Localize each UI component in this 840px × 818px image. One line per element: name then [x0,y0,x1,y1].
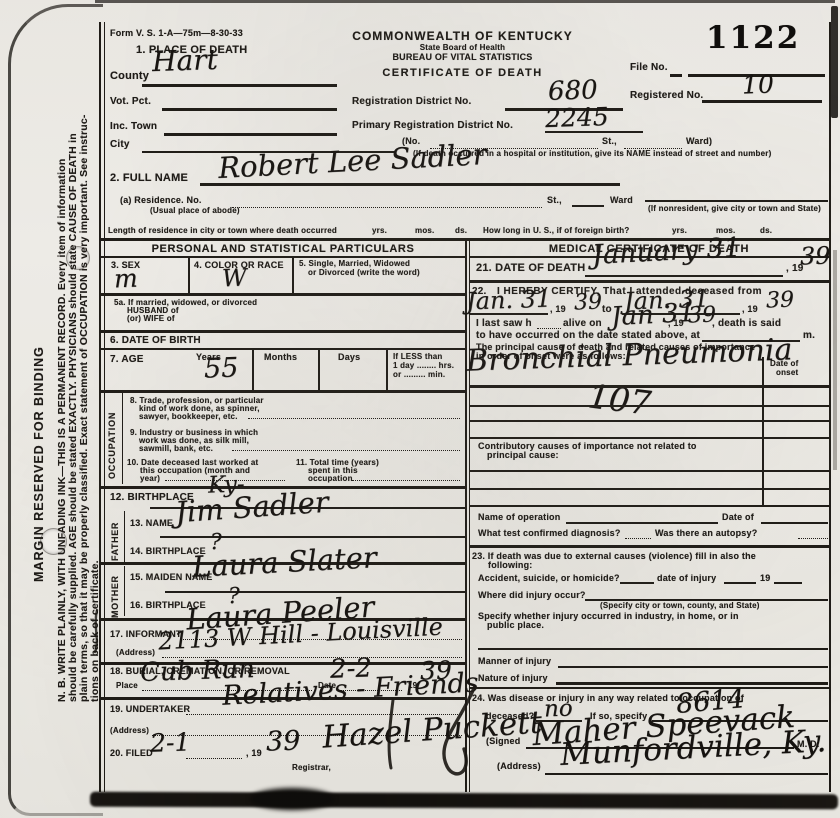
primary-district-label: Primary Registration District No. [352,120,513,131]
mother-maiden-line [165,591,465,593]
filed-date-value: 2-1 [150,727,191,757]
scan-bottom-band [90,792,838,810]
length-residence-label: Length of residence in city or town wher… [108,226,337,235]
total-time-line3: occupation [308,474,353,483]
father-name-line [160,536,465,538]
row-rule-tests [469,545,829,548]
age-border-2 [318,348,320,390]
nature-injury-label: Nature of injury [478,673,548,683]
personal-section-title: PERSONAL AND STATISTICAL PARTICULARS [101,243,465,255]
date-of-birth-label: 6. DATE OF BIRTH [110,335,201,346]
residence-leader [232,207,542,208]
primary-district-value: 2245 [545,102,610,133]
age-label: 7. AGE [110,354,144,365]
last-saw-label2: alive on [563,318,602,329]
mother-vertical-label: MOTHER [110,566,120,618]
state-board-subtitle: State Board of Health [340,43,585,52]
date-of-death-label: 21. DATE OF DEATH [476,262,585,274]
cause-rule-1 [469,385,829,388]
cause-rule-2 [469,405,829,407]
ds-label-2: ds. [760,226,772,235]
scan-edge-top [95,0,835,3]
yrs-label-2: yrs. [672,226,687,235]
city-st-label: St., [602,136,617,146]
attended-to-year: 39 [766,288,795,314]
from-line [470,313,548,315]
registered-no-value: 10 [742,69,775,99]
primary-district-line [545,131,643,133]
months-header: Months [264,352,297,362]
manner-injury-line [558,666,828,668]
file-no-dash [670,74,682,77]
full-name-label: 2. FULL NAME [110,172,188,184]
age-border-1 [252,348,254,390]
city-ward-label: Ward) [686,136,712,146]
contrib-rule-3 [469,505,829,507]
scan-mark-right-mid [833,250,837,470]
informant-address-label: (Address) [116,648,155,657]
residence-label: (a) Residence. No. [120,195,202,205]
injury-date-line [724,582,756,584]
autopsy-label: Was there an autopsy? [655,528,757,538]
days-header: Days [338,352,360,362]
row-rule-23 [469,687,829,689]
mos-label-1: mos. [415,226,434,235]
physician-address-label: (Address) [497,761,541,771]
margin-nb-note: N. B. WRITE PLAINLY, WITH UNFADING INK—T… [57,57,101,702]
signed-label: (Signed [486,736,520,746]
yrs-label-1: yrs. [372,226,387,235]
father-name-value: Jim Sadler [174,485,330,530]
to-19-label: , 19 [742,304,758,314]
father-vertical-label: FATHER [110,511,120,561]
industry-leader [232,450,460,451]
specify-city-note: (Specify city or town, county, and State… [600,601,760,610]
ds-label-1: ds. [455,226,467,235]
sex-value: m [114,264,139,294]
undertaker-label: 19. UNDERTAKER [110,704,190,714]
saw-19-label: , 19 [668,318,684,328]
form-border-left-inner [104,22,105,792]
contrib-rule-1 [469,470,829,472]
total-time-leader [352,480,460,481]
abode-note: (Usual place of abode) [150,206,240,215]
attended-from-year: 39 [574,290,603,316]
nature-injury-line [556,682,828,685]
form-border-right [829,22,831,792]
cell-border-1 [188,257,190,293]
bureau-subtitle: BUREAU OF VITAL STATISTICS [340,52,585,62]
operation-line [566,522,718,524]
row-rule-6 [101,348,465,350]
filed-label: 20. FILED [110,748,153,758]
onset-label-line2: onset [776,368,798,377]
personal-title-rule [101,256,465,258]
autopsy-leader [798,538,828,539]
occupation-vertical-label: OCCUPATION [107,391,117,479]
less-than-line1: If LESS than [393,352,443,361]
father-name-label: 13. NAME [130,518,173,528]
commonwealth-title: COMMONWEALTH OF KENTUCKY [340,29,585,43]
trade-leader [248,418,460,419]
filed-19-label: , 19 [246,748,262,758]
accident-line [620,582,654,584]
stamp-number: 1122 [706,20,800,56]
residence-ward-dash [572,205,604,207]
test-label: What test confirmed diagnosis? [478,528,621,538]
father-box-border [124,511,125,562]
age-years-value: 55 [203,352,238,384]
residence-ward-label: Ward [610,195,633,205]
marital-label-line1: 5. Single, Married, Widowed [299,259,410,268]
last-worked-line3: year) [140,474,160,483]
from-19-label: , 19 [550,304,566,314]
where-injury-label: Where did injury occur? [478,590,586,600]
marital-label-line2: or Divorced (write the word) [308,268,420,277]
onset-box-border [762,357,764,505]
registered-no-label: Registered No. [630,90,703,101]
last-saw-leader [537,328,561,329]
cause-rule-3 [469,420,829,422]
residence-right-line [645,200,828,202]
injury-blank-line [478,648,828,650]
file-no-label: File No. [630,62,668,73]
vot-pct-label: Vot. Pct. [110,96,151,107]
mother-box-border [124,566,125,616]
operation-label: Name of operation [478,512,560,522]
cause-rule-4 [469,437,829,439]
residence-st-label: St., [547,195,562,205]
row-rule-5 [101,293,465,296]
scan-mark-right-top [831,6,838,118]
row-rule-21 [469,280,829,283]
less-than-line2: 1 day ........ hrs. [393,361,454,370]
address-line [545,773,828,775]
operation-date-line [761,522,828,524]
death-certificate-scan: MARGIN RESERVED FOR BINDING N. B. WRITE … [0,0,840,818]
dod-year-value: 39 [800,241,832,270]
color-race-value: W [222,264,248,293]
contributory-label-line2: principal cause: [487,450,559,460]
form-border-left-outer [99,22,101,792]
county-label: County [110,70,149,82]
occurred-m-label: m. [803,330,815,341]
injury-19-label: 19 [760,573,770,583]
cause-code-value: 107 [586,376,653,422]
filed-year-value: 39 [265,725,300,757]
full-name-value: Robert Lee Sadler [217,137,487,185]
manner-injury-label: Manner of injury [478,656,551,666]
filed-leader [186,758,242,759]
burial-place-label: Place [116,681,138,690]
dod-line [585,275,783,277]
attended-from-value: Jan. 31 [466,285,552,316]
occupation-box-border [122,393,123,484]
registrar-label: Registrar, [292,763,331,772]
injury-date-label: date of injury [657,573,716,583]
howlong-label: How long in U. S., if of foreign birth? [483,226,629,235]
registered-no-line [702,100,822,103]
injury-year-line [774,582,802,584]
test-leader [625,538,651,539]
contrib-rule-2 [469,488,829,490]
form-number: Form V. S. 1-A—75m—8-30-33 [110,28,243,38]
accident-label: Accident, suicide, or homicide? [478,573,620,583]
date-of-death-value: January 31 [591,232,741,271]
nonresident-note: (If nonresident, give city or town and S… [648,204,821,213]
vot-pct-line [162,108,337,111]
deceased-label: deceased? [486,711,534,721]
row-rule-5a [101,330,465,333]
inc-town-label: Inc. Town [110,121,157,132]
wife-of-label: (or) WIFE of [127,314,175,323]
city-label: City [110,139,130,150]
margin-binding-note: MARGIN RESERVED FOR BINDING [32,342,46,582]
county-value: Hart [151,43,218,78]
external-causes-line2: following: [488,560,533,570]
undertaker-address-label: (Address) [110,726,149,735]
county-underline [142,84,337,87]
operation-date-label: Date of [722,512,754,522]
specify-where-line2: public place. [487,620,544,630]
inc-town-line [164,133,337,136]
death-said-label: , death is said [712,318,781,329]
industry-label-line3: sawmill, bank, etc. [139,444,213,453]
less-than-line3: or ......... min. [393,370,445,379]
full-name-line [200,183,620,186]
last-saw-label1: I last saw h [476,318,532,329]
row-rule-7 [101,390,465,393]
scan-bottom-blob [250,788,334,810]
trade-label-line3: sawyer, bookkeeper, etc. [139,412,238,421]
cell-border-2 [292,257,294,293]
age-border-3 [386,348,388,390]
registration-district-label: Registration District No. [352,96,471,107]
